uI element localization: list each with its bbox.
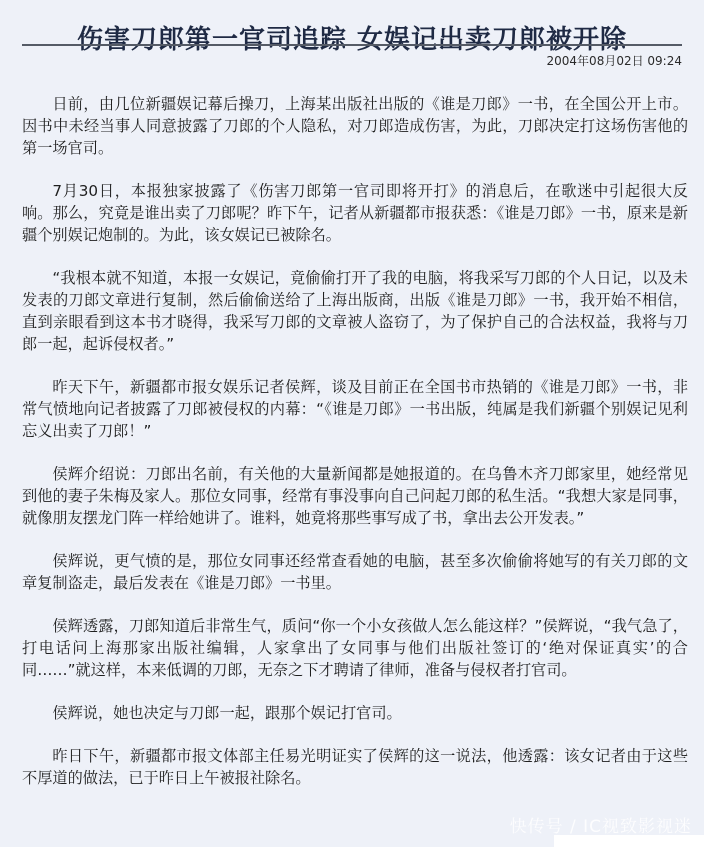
paragraph: 侯辉说，她也决定与刀郎一起，跟那个娱记打官司。	[22, 702, 688, 724]
paragraph: 昨日下午，新疆都市报文体部主任易光明证实了侯辉的这一说法，他透露：该女记者由于这…	[22, 745, 688, 789]
paragraph: 日前，由几位新疆娱记幕后操刀，上海某出版社出版的《谁是刀郎》一书，在全国公开上市…	[22, 93, 688, 159]
paragraph: 7月30日，本报独家披露了《伤害刀郎第一官司即将开打》的消息后，在歌迷中引起很大…	[22, 180, 688, 246]
paragraph: 侯辉透露，刀郎知道后非常生气，质问“你一个小女孩做人怎么能这样？”侯辉说，“我气…	[22, 615, 688, 681]
paragraph: 侯辉介绍说：刀郎出名前，有关他的大量新闻都是她报道的。在乌鲁木齐刀郎家里，她经常…	[22, 463, 688, 529]
paragraph: 昨天下午，新疆都市报女娱乐记者侯辉，谈及目前正在全国书市热销的《谁是刀郎》一书，…	[22, 376, 688, 442]
article-body: 日前，由几位新疆娱记幕后操刀，上海某出版社出版的《谁是刀郎》一书，在全国公开上市…	[22, 93, 688, 810]
paragraph: 侯辉说，更气愤的是，那位女同事还经常查看她的电脑，甚至多次偷偷将她写的有关刀郎的…	[22, 550, 688, 594]
publish-date: 2004年08月02日 09:24	[547, 52, 682, 69]
paragraph: “我根本就不知道，本报一女娱记，竟偷偷打开了我的电脑，将我采写刀郎的个人日记，以…	[22, 267, 688, 355]
headline-divider	[22, 44, 682, 46]
watermark: 快传号 / IC视致影视迷	[510, 812, 692, 837]
